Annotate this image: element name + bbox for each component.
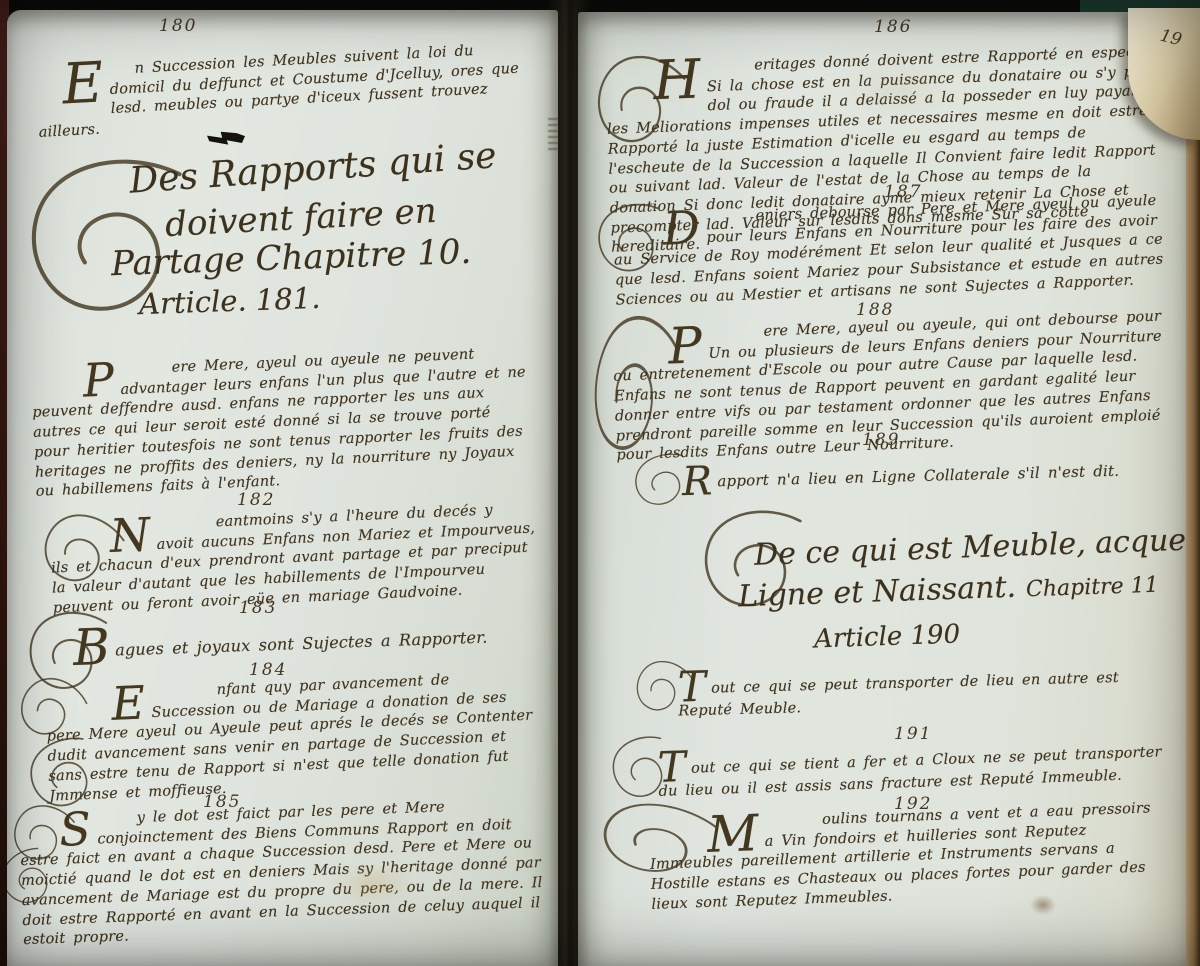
fore-edge-pages	[1186, 14, 1200, 966]
page-number-right: 186	[874, 17, 912, 37]
initial-letter: E	[35, 63, 104, 107]
article-185: Sy le dot est faict par les pere et Mere…	[19, 795, 547, 951]
page-number-left: 180	[159, 16, 197, 36]
article-192: Moulins tournans a vent et a eau pressoi…	[648, 799, 1159, 915]
paragraph-text: apport n'a lieu en Ligne Collaterale s'i…	[717, 462, 1119, 491]
book-gutter-shadow	[548, 0, 590, 966]
initial-letter: R	[681, 458, 713, 505]
initial-letter: M	[649, 815, 760, 855]
right-page: 186 Heritages donné doivent estre Rappor…	[578, 12, 1188, 966]
article-181-label: Article. 181.	[138, 281, 320, 321]
article-number-191: 191	[894, 724, 932, 744]
chapter-heading-line1: Des Rapports qui se	[128, 135, 498, 202]
article-191: Tout ce qui se tient a fer et a Cloux ne…	[657, 735, 1166, 803]
paragraph-text: n Succession les Meubles suivent la loi …	[38, 43, 519, 141]
initial-letter: E	[45, 686, 146, 723]
article-187: Deniers debourse par Pere et Mere ayeul …	[612, 191, 1167, 311]
manuscript-photo: 180 En Succession les Meubles suivent la…	[0, 0, 1200, 966]
article-number-182: 182	[237, 490, 275, 510]
left-page: 180 En Succession les Meubles suivent la…	[7, 10, 558, 966]
article-183: Bagues et joyaux sont Sujectes a Rapport…	[73, 614, 534, 666]
initial-letter: S	[19, 813, 92, 849]
article-182: Neantmoins s'y a l'heure du decés y avoi…	[49, 499, 539, 619]
article-181: Pere Mere, ayeul ou ayeule ne peuvent ad…	[30, 343, 534, 503]
initial-letter: D	[612, 211, 700, 247]
paragraph-text: out ce qui se tient a fer et a Cloux ne …	[658, 744, 1162, 800]
initial-letter: P	[612, 327, 703, 366]
article-number-184: 184	[249, 660, 287, 680]
article-number-187: 187	[884, 182, 922, 202]
initial-letter: N	[49, 518, 151, 555]
intro-paragraph: En Succession les Meubles suivent la loi…	[35, 39, 530, 144]
chapter-label: Chapitre 11	[1026, 573, 1159, 603]
article-184: Enfant quy par avancement de Succession …	[45, 667, 542, 807]
article-190-label: Article 190	[814, 619, 961, 654]
article-number-189: 189	[862, 430, 900, 450]
paragraph-text: out ce qui se peut transporter de lieu e…	[678, 670, 1119, 720]
paragraph-text: agues et joyaux sont Sujectes a Rapporte…	[115, 628, 488, 660]
initial-letter: B	[72, 618, 111, 677]
initial-letter: P	[30, 363, 115, 400]
article-190: Tout ce qui se peut transporter de lieu …	[677, 660, 1174, 723]
initial-letter: H	[605, 60, 702, 102]
article-189: Rapport n'a lieu en Ligne Collaterale s'…	[682, 456, 1153, 497]
article-number-183: 183	[239, 598, 277, 618]
paragraph-text: y le dot est faict par les pere et Mere …	[20, 799, 543, 948]
